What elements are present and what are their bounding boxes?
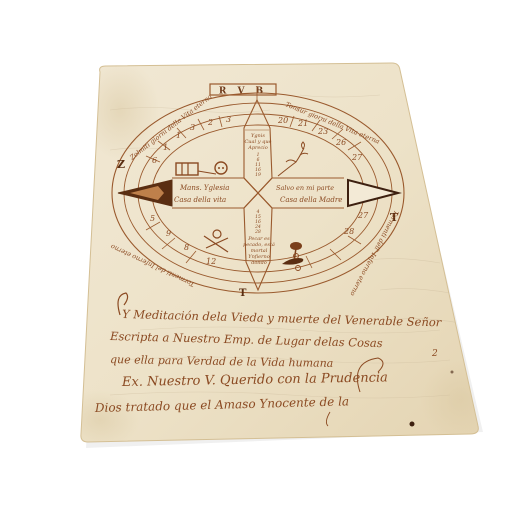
svg-text:12: 12 [206,257,216,266]
arm-left-line1: Mans. Yglesia [179,184,229,192]
svg-text:1: 1 [176,131,181,140]
svg-text:21: 21 [297,119,308,128]
compass-letter-west: Z [117,158,125,171]
stain [60,390,140,450]
svg-text:28: 28 [343,227,354,236]
svg-text:20: 20 [277,116,288,125]
svg-text:Aprecio: Aprecio [247,145,268,151]
svg-text:3: 3 [226,115,231,124]
svg-text:2: 2 [207,118,213,127]
ink-blot [410,422,415,427]
svg-text:23: 23 [317,127,328,136]
manuscript-svg: R V B [0,0,512,512]
svg-text:5: 5 [150,214,155,223]
svg-text:19: 19 [255,172,261,178]
svg-text:1: 1 [163,143,168,152]
svg-text:dolido: dolido [251,260,267,266]
svg-text:28: 28 [254,229,261,235]
manuscript-photo: R V B [0,0,512,512]
svg-text:26: 26 [335,138,346,147]
svg-text:8: 8 [184,243,189,252]
svg-text:pecado, está: pecado, está [243,241,275,248]
svg-text:27: 27 [357,211,369,220]
page-number-mark: 2 [431,349,438,359]
compass-letter-south: T [239,288,247,299]
svg-text:3: 3 [190,123,195,132]
arm-right-line2: Casa della Madre [280,196,342,204]
stain [420,360,500,440]
arm-left-line2: Casa della vita [174,196,226,204]
arm-right-line1: Salvo en mi parte [276,184,334,192]
svg-text:6: 6 [152,156,157,165]
svg-text:9: 9 [166,229,171,238]
svg-text:27: 27 [351,153,363,162]
